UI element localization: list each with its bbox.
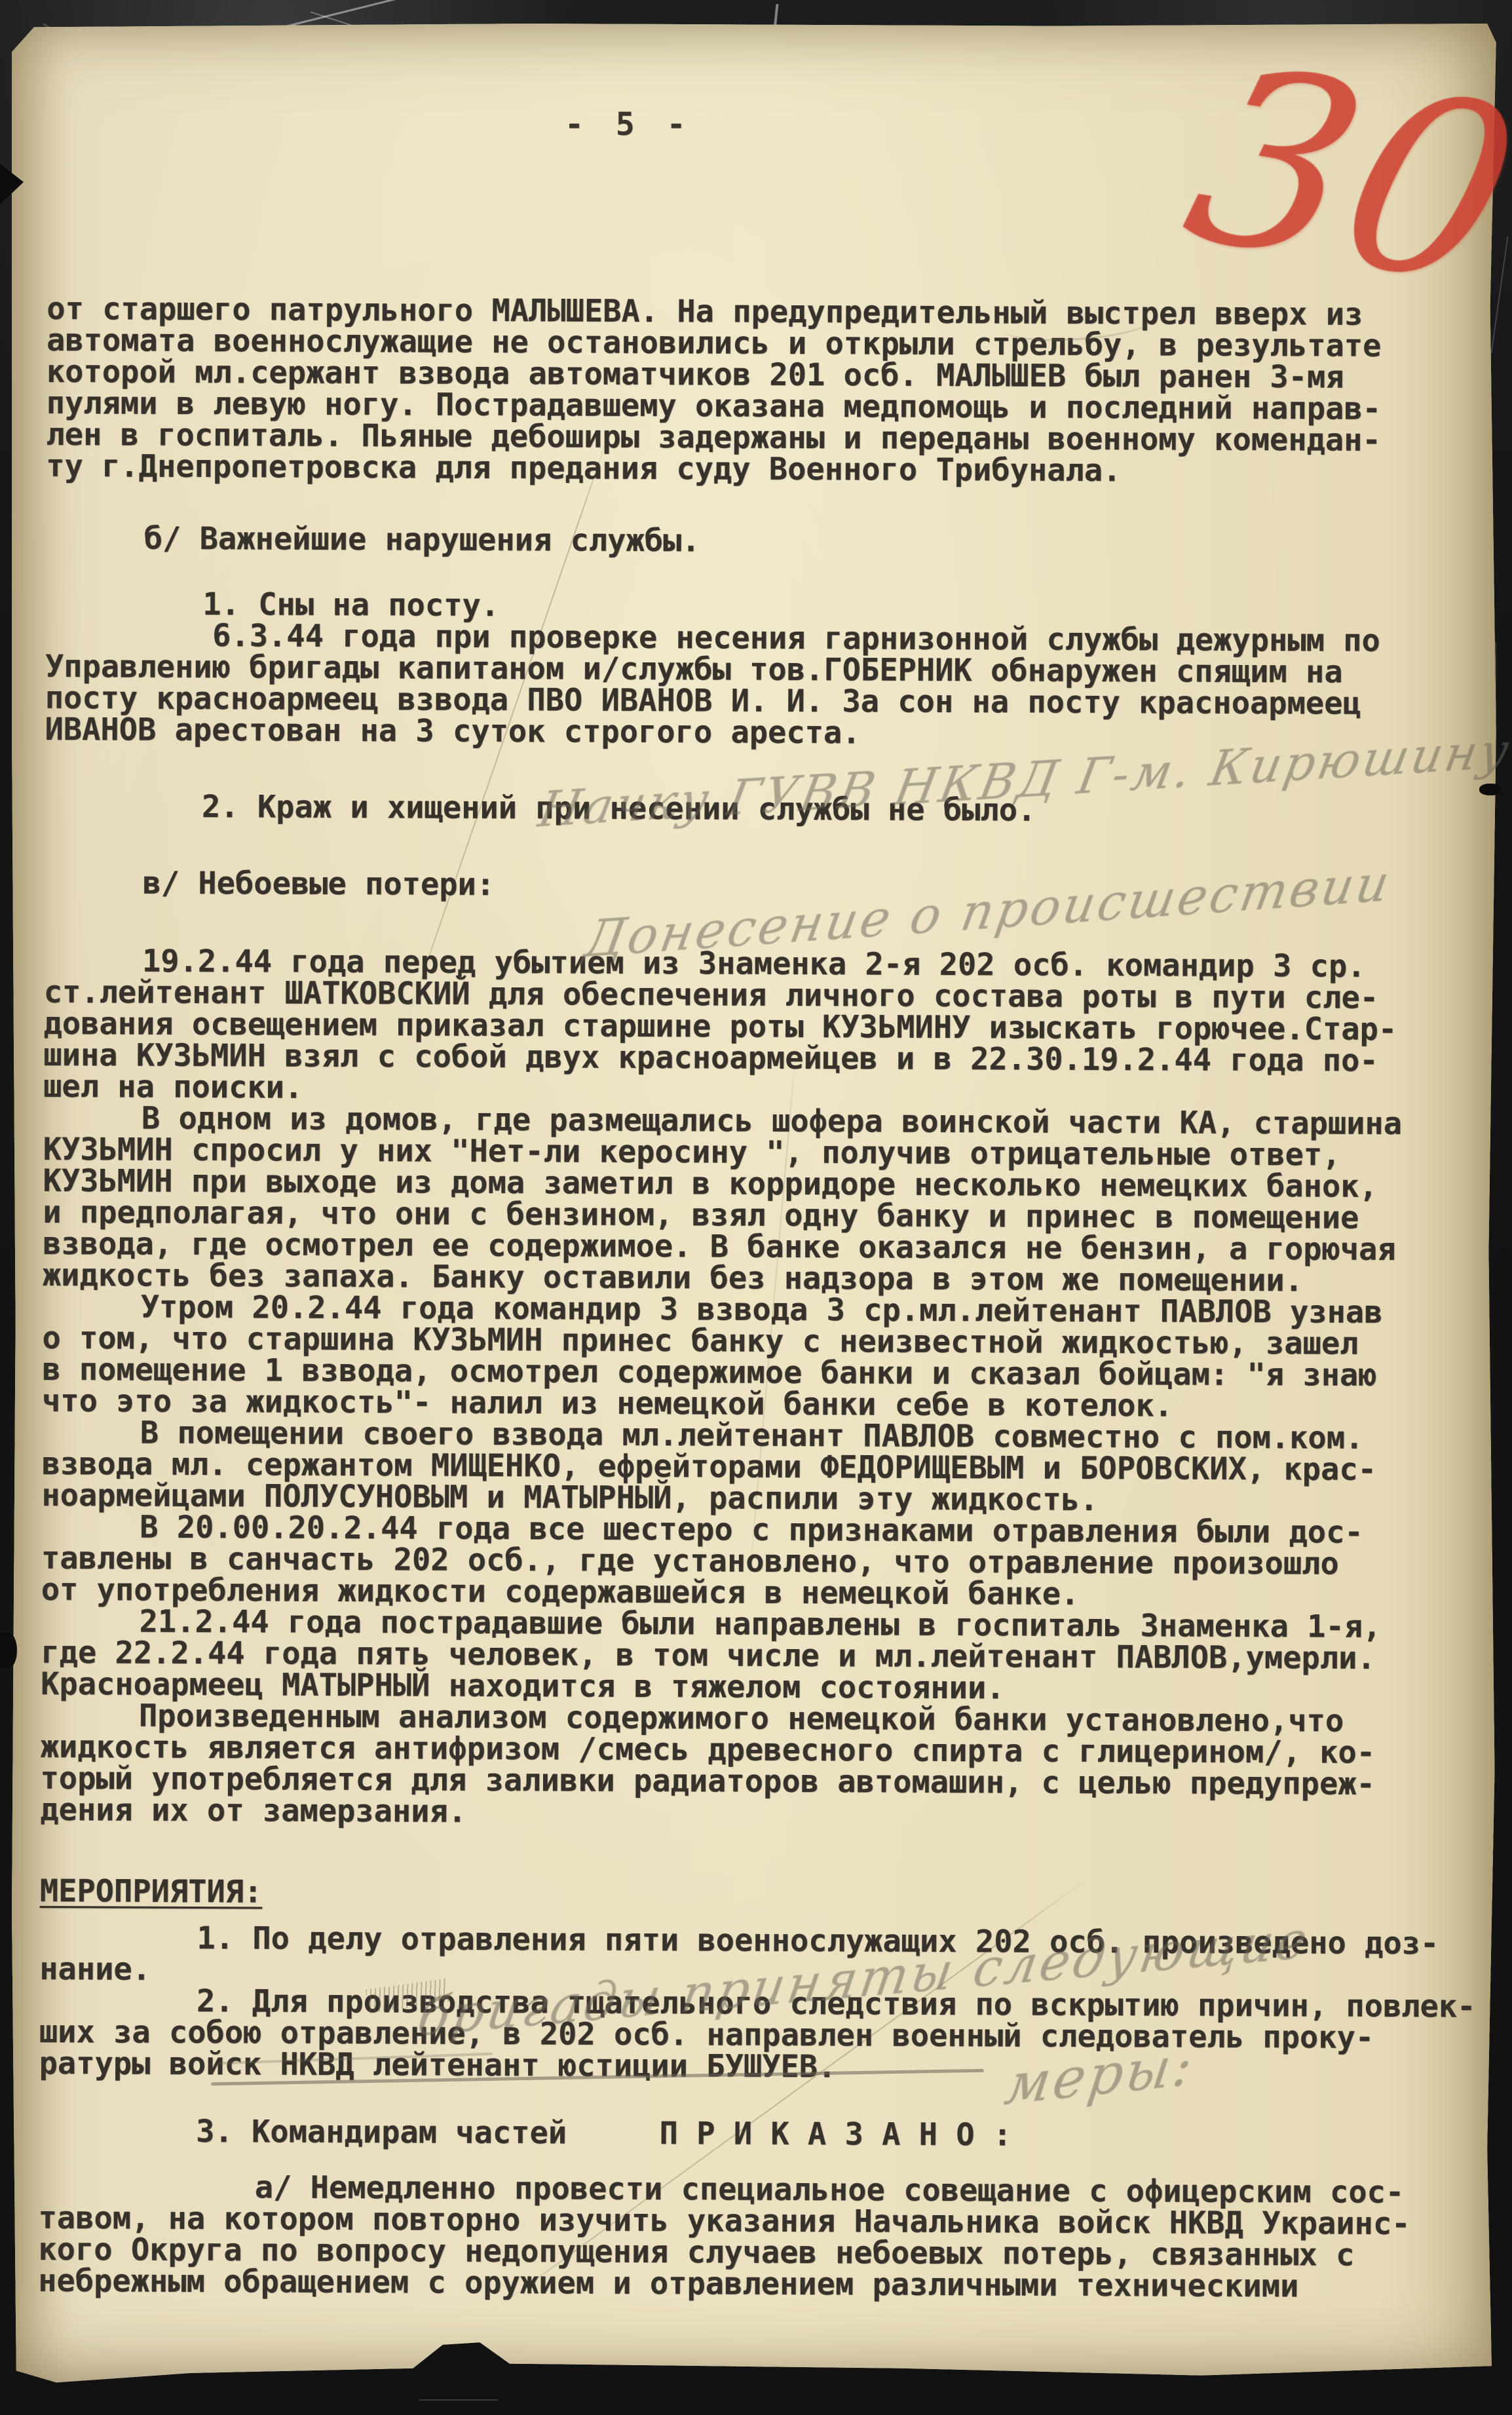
page-number: - 5 -: [565, 106, 692, 143]
edge-mark: [0, 1633, 17, 1668]
edge-mark: [1479, 784, 1502, 795]
text-line: 3. Командирам частей П Р И К А З А Н О :: [39, 2116, 1460, 2153]
text-line: небрежным обращением с оружием и отравле…: [38, 2266, 1460, 2303]
scanned-document-page: - 5 - 30 от старшего патрульного МАЛЫШЕВ…: [0, 0, 1512, 2415]
scan-scratch: [1490, 237, 1508, 354]
scan-scratch: [419, 2399, 498, 2401]
text-line: б/ Важнейшие нарушения службы.: [46, 523, 1467, 560]
text-line: МЕРОПРИЯТИЯ:: [40, 1876, 1462, 1913]
